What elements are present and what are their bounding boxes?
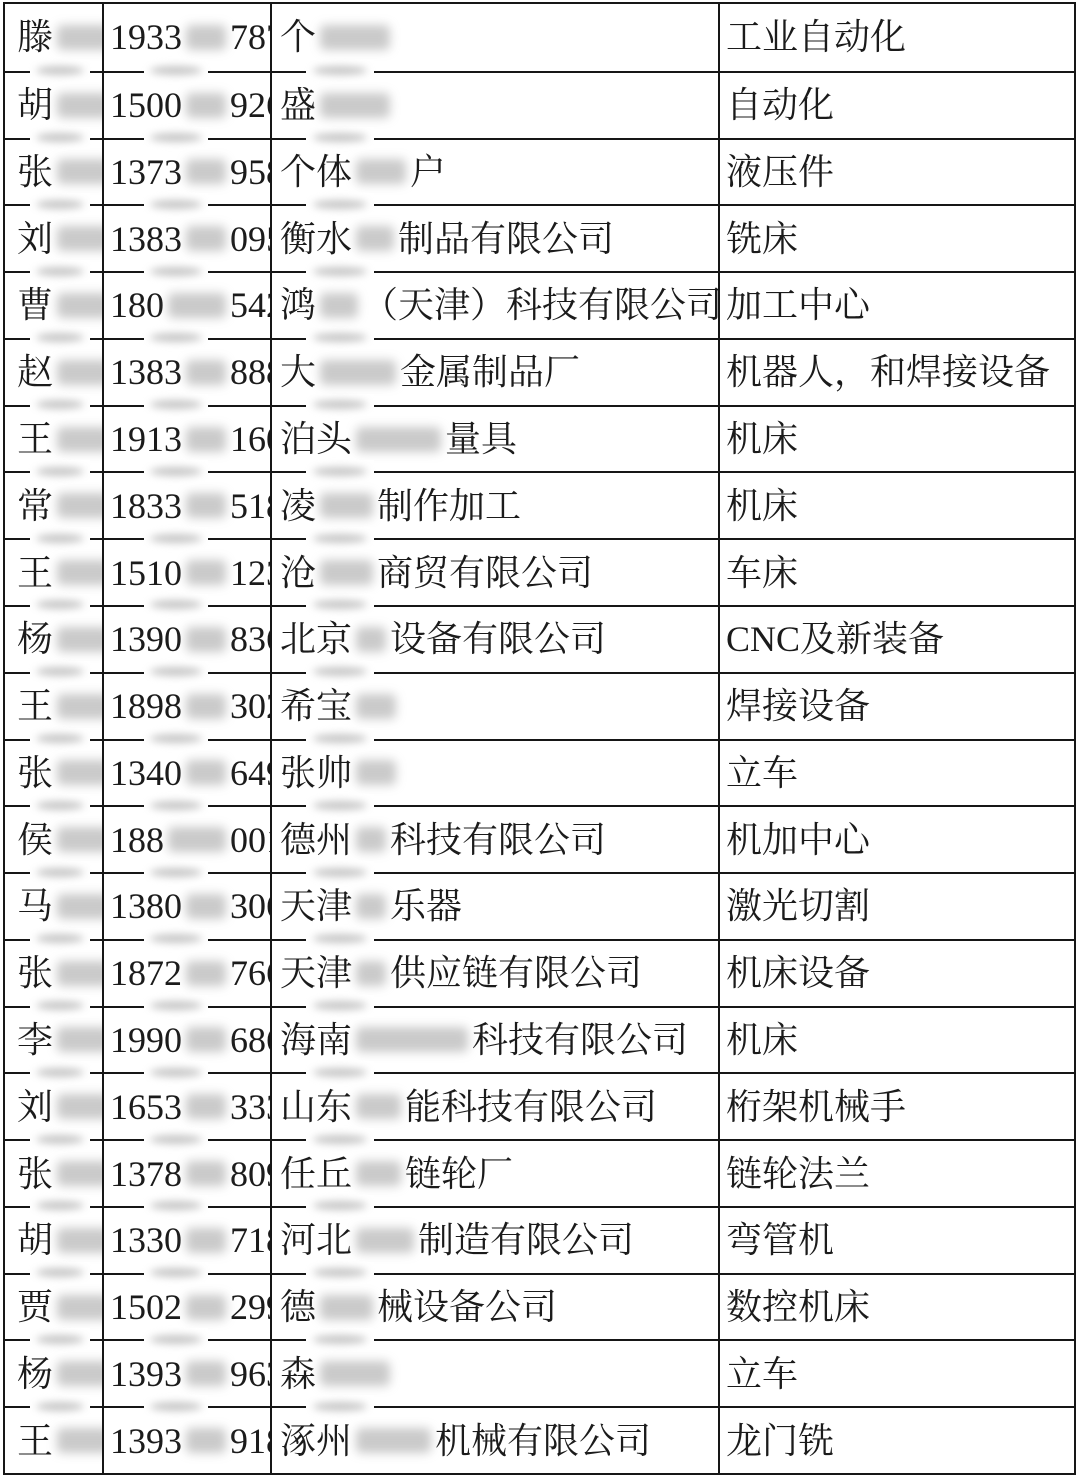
smudge-blob xyxy=(313,1335,367,1344)
phone-suffix-text: 809 xyxy=(230,1156,270,1192)
smudge-blob xyxy=(313,934,367,943)
company-suffix-text: 制品有限公司 xyxy=(398,221,614,257)
redacted-blur xyxy=(57,25,102,50)
company-prefix-text: 凌 xyxy=(280,488,316,524)
smudge-blob xyxy=(313,1068,367,1077)
blur-smudge xyxy=(144,594,208,616)
redacted-blur xyxy=(168,293,226,318)
redacted-blur xyxy=(57,827,102,852)
phone-prefix-text: 1393 xyxy=(110,1423,182,1459)
smudge-blob xyxy=(36,1201,84,1210)
phone-cell: 1393918 xyxy=(102,1408,270,1473)
category-cell: 龙门铣 xyxy=(718,1408,1074,1473)
category-text: 机床 xyxy=(726,421,798,457)
contact-name-text: 李 xyxy=(17,1022,53,1058)
redacted-blur xyxy=(57,1428,102,1453)
category-cell: 加工中心 xyxy=(718,273,1074,338)
smudge-blob xyxy=(313,868,367,877)
phone-suffix-text: 302 xyxy=(230,688,270,724)
phone-suffix-text: 649 xyxy=(230,755,270,791)
redacted-blur xyxy=(57,1361,102,1386)
blur-smudge xyxy=(30,928,90,950)
smudge-blob xyxy=(150,1135,201,1144)
smudge-blob xyxy=(150,801,201,810)
blur-smudge xyxy=(306,1328,374,1350)
smudge-blob xyxy=(36,1268,84,1277)
contact-name-text: 王 xyxy=(17,555,53,591)
blur-smudge xyxy=(144,327,208,349)
category-text: 机器人，和焊接设备 xyxy=(726,354,1050,390)
smudge-blob xyxy=(36,133,84,142)
company-suffix-text: 制造有限公司 xyxy=(418,1222,634,1258)
smudge-blob xyxy=(36,1135,84,1144)
redacted-blur xyxy=(356,894,386,919)
phone-prefix-text: 1990 xyxy=(110,1022,182,1058)
contact-name-text: 马 xyxy=(17,888,53,924)
smudge-blob xyxy=(36,667,84,676)
blur-smudge xyxy=(144,728,208,750)
blur-smudge xyxy=(144,1128,208,1150)
redacted-blur xyxy=(57,93,102,118)
smudge-blob xyxy=(150,200,201,209)
blur-smudge xyxy=(306,728,374,750)
redacted-blur xyxy=(186,760,226,785)
smudge-blob xyxy=(313,400,367,409)
redacted-blur xyxy=(186,360,226,385)
redacted-blur xyxy=(57,894,102,919)
category-cell: 机床 xyxy=(718,1008,1074,1073)
redacted-blur xyxy=(320,1361,390,1386)
category-cell: 桁架机械手 xyxy=(718,1074,1074,1139)
smudge-blob xyxy=(150,267,201,276)
phone-suffix-text: 718 xyxy=(230,1222,270,1258)
blur-smudge xyxy=(306,928,374,950)
smudge-blob xyxy=(313,467,367,476)
redacted-blur xyxy=(57,1027,102,1052)
phone-suffix-text: 299 xyxy=(230,1289,270,1325)
category-text: 机床 xyxy=(726,1022,798,1058)
blur-smudge xyxy=(144,1195,208,1217)
redacted-blur xyxy=(320,93,390,118)
smudge-blob xyxy=(36,868,84,877)
redacted-blur xyxy=(320,293,358,318)
blur-smudge xyxy=(30,193,90,215)
phone-suffix-text: 160 xyxy=(230,421,270,457)
blur-smudge xyxy=(30,127,90,149)
redacted-blur xyxy=(57,427,102,452)
category-text: 加工中心 xyxy=(726,287,870,323)
smudge-blob xyxy=(150,467,201,476)
company-prefix-text: 河北 xyxy=(280,1222,352,1258)
category-cell: 车床 xyxy=(718,540,1074,605)
company-suffix-text: 量具 xyxy=(445,421,517,457)
category-cell: 自动化 xyxy=(718,73,1074,138)
blur-smudge xyxy=(144,460,208,482)
redacted-blur xyxy=(186,694,226,719)
blur-smudge xyxy=(306,460,374,482)
category-text: 弯管机 xyxy=(726,1222,834,1258)
blur-smudge xyxy=(306,661,374,683)
blur-smudge xyxy=(144,1395,208,1417)
blur-smudge xyxy=(306,1395,374,1417)
redacted-blur xyxy=(57,493,102,518)
company-suffix-text: 户 xyxy=(410,154,446,190)
category-text: 立车 xyxy=(726,1356,798,1392)
blur-smudge xyxy=(144,861,208,883)
company-suffix-text: 机械有限公司 xyxy=(435,1423,651,1459)
category-cell: 焊接设备 xyxy=(718,674,1074,739)
blur-smudge xyxy=(306,527,374,549)
blur-smudge xyxy=(144,193,208,215)
redacted-blur xyxy=(356,694,396,719)
company-suffix-text: 能科技有限公司 xyxy=(405,1089,657,1125)
redacted-blur xyxy=(186,427,226,452)
smudge-blob xyxy=(313,534,367,543)
phone-suffix-text: 963 xyxy=(230,1356,270,1392)
redacted-blur xyxy=(356,1161,401,1186)
company-prefix-text: 德 xyxy=(280,1289,316,1325)
redacted-blur xyxy=(186,1295,226,1320)
phone-prefix-text: 1383 xyxy=(110,221,182,257)
redacted-blur xyxy=(57,627,102,652)
blur-smudge xyxy=(306,394,374,416)
company-prefix-text: 德州 xyxy=(280,822,352,858)
phone-prefix-text: 1390 xyxy=(110,621,182,657)
contact-name-text: 张 xyxy=(17,955,53,991)
phone-suffix-text: 787 xyxy=(230,19,270,55)
smudge-blob xyxy=(36,333,84,342)
smudge-blob xyxy=(36,934,84,943)
phone-prefix-text: 1330 xyxy=(110,1222,182,1258)
contact-name-text: 赵 xyxy=(17,354,53,390)
contact-name-text: 刘 xyxy=(17,221,53,257)
category-cell: 机床 xyxy=(718,473,1074,538)
phone-prefix-text: 1833 xyxy=(110,488,182,524)
redacted-blur xyxy=(186,627,226,652)
redacted-blur xyxy=(57,961,102,986)
category-text: CNC及新装备 xyxy=(726,621,944,657)
contact-name-text: 胡 xyxy=(17,87,53,123)
blur-smudge xyxy=(30,728,90,750)
smudge-blob xyxy=(150,934,201,943)
smudge-blob xyxy=(313,1201,367,1210)
redacted-blur xyxy=(186,560,226,585)
company-suffix-text: 设备有限公司 xyxy=(390,621,606,657)
blur-smudge xyxy=(144,394,208,416)
blur-smudge xyxy=(306,193,374,215)
smudge-blob xyxy=(36,600,84,609)
phone-prefix-text: 1380 xyxy=(110,888,182,924)
company-prefix-text: 衡水 xyxy=(280,221,352,257)
contact-name-text: 杨 xyxy=(17,1356,53,1392)
redacted-blur xyxy=(57,1228,102,1253)
category-text: 立车 xyxy=(726,755,798,791)
company-prefix-text: 鸿 xyxy=(280,287,316,323)
smudge-blob xyxy=(36,1402,84,1411)
blur-smudge xyxy=(144,127,208,149)
category-text: 龙门铣 xyxy=(726,1423,834,1459)
phone-prefix-text: 1500 xyxy=(110,87,182,123)
blur-smudge xyxy=(30,1061,90,1083)
blur-smudge xyxy=(30,460,90,482)
smudge-blob xyxy=(150,667,201,676)
category-cell: 机加中心 xyxy=(718,807,1074,872)
company-prefix-text: 任丘 xyxy=(280,1156,352,1192)
redacted-blur xyxy=(356,1228,414,1253)
redacted-blur xyxy=(356,159,406,184)
category-text: 车床 xyxy=(726,555,798,591)
phone-suffix-text: 306 xyxy=(230,888,270,924)
contact-name-text: 曹 xyxy=(17,287,53,323)
smudge-blob xyxy=(150,534,201,543)
smudge-blob xyxy=(150,1068,201,1077)
phone-suffix-text: 766 xyxy=(230,955,270,991)
category-cell: 立车 xyxy=(718,741,1074,806)
smudge-blob xyxy=(36,801,84,810)
category-text: 焊接设备 xyxy=(726,688,870,724)
blur-smudge xyxy=(30,794,90,816)
blur-smudge xyxy=(144,1061,208,1083)
redacted-blur xyxy=(168,827,226,852)
phone-prefix-text: 1872 xyxy=(110,955,182,991)
company-prefix-text: 沧 xyxy=(280,555,316,591)
phone-prefix-text: 180 xyxy=(110,287,164,323)
phone-prefix-text: 1502 xyxy=(110,1289,182,1325)
category-text: 机床 xyxy=(726,488,798,524)
company-suffix-text: 科技有限公司 xyxy=(472,1022,688,1058)
redacted-blur xyxy=(186,1094,226,1119)
company-prefix-text: 盛 xyxy=(280,87,316,123)
company-prefix-text: 海南 xyxy=(280,1022,352,1058)
redacted-blur xyxy=(57,694,102,719)
smudge-blob xyxy=(36,734,84,743)
company-prefix-text: 张帅 xyxy=(280,755,352,791)
phone-suffix-text: 686 xyxy=(230,1022,270,1058)
category-text: 液压件 xyxy=(726,154,834,190)
phone-prefix-text: 1378 xyxy=(110,1156,182,1192)
company-prefix-text: 个体 xyxy=(280,154,352,190)
redacted-blur xyxy=(186,1361,226,1386)
smudge-blob xyxy=(150,868,201,877)
smudge-blob xyxy=(313,333,367,342)
smudge-blob xyxy=(313,1268,367,1277)
redacted-blur xyxy=(356,226,394,251)
company-prefix-text: 大 xyxy=(280,354,316,390)
company-prefix-text: 天津 xyxy=(280,955,352,991)
category-cell: 立车 xyxy=(718,1341,1074,1406)
redacted-blur xyxy=(320,493,373,518)
redacted-blur xyxy=(57,760,102,785)
smudge-blob xyxy=(150,734,201,743)
phone-suffix-text: 542 xyxy=(230,287,270,323)
redacted-blur xyxy=(356,1094,401,1119)
name-cell: 王 xyxy=(5,1408,102,1473)
category-cell: 弯管机 xyxy=(718,1208,1074,1273)
redacted-blur xyxy=(356,827,386,852)
smudge-blob xyxy=(150,66,201,75)
blur-smudge xyxy=(144,794,208,816)
contact-name-text: 王 xyxy=(17,421,53,457)
redacted-blur xyxy=(356,1428,431,1453)
company-suffix-text: 商贸有限公司 xyxy=(377,555,593,591)
redacted-blur xyxy=(57,293,102,318)
redacted-blur xyxy=(186,159,226,184)
smudge-blob xyxy=(150,133,201,142)
smudge-blob xyxy=(150,1402,201,1411)
phone-prefix-text: 1653 xyxy=(110,1089,182,1125)
category-text: 激光切割 xyxy=(726,888,870,924)
smudge-blob xyxy=(313,267,367,276)
blur-smudge xyxy=(30,1195,90,1217)
blur-smudge xyxy=(30,861,90,883)
blur-smudge xyxy=(30,1395,90,1417)
redacted-blur xyxy=(186,226,226,251)
company-suffix-text: 制作加工 xyxy=(377,488,521,524)
category-cell: 机器人，和焊接设备 xyxy=(718,340,1074,405)
phone-suffix-text: 001 xyxy=(230,822,270,858)
category-cell: 数控机床 xyxy=(718,1275,1074,1340)
blur-smudge xyxy=(144,260,208,282)
smudge-blob xyxy=(313,133,367,142)
company-suffix-text: 金属制品厂 xyxy=(400,354,580,390)
category-cell: 机床 xyxy=(718,407,1074,472)
company-prefix-text: 森 xyxy=(280,1356,316,1392)
category-text: 机床设备 xyxy=(726,955,870,991)
contact-name-text: 王 xyxy=(17,688,53,724)
category-cell: 机床设备 xyxy=(718,941,1074,1006)
company-suffix-text: 乐器 xyxy=(390,888,462,924)
phone-prefix-text: 188 xyxy=(110,822,164,858)
redacted-blur xyxy=(356,760,396,785)
redacted-blur xyxy=(57,159,102,184)
phone-suffix-text: 123 xyxy=(230,555,270,591)
redacted-blur xyxy=(186,1428,226,1453)
redacted-blur xyxy=(320,1295,373,1320)
redacted-blur xyxy=(320,25,390,50)
phone-suffix-text: 836 xyxy=(230,621,270,657)
category-text: 链轮法兰 xyxy=(726,1156,870,1192)
redacted-blur xyxy=(320,360,396,385)
company-prefix-text: 山东 xyxy=(280,1089,352,1125)
company-suffix-text: （天津）科技有限公司 xyxy=(362,287,718,323)
blur-smudge xyxy=(306,861,374,883)
smudge-blob xyxy=(36,66,84,75)
blur-smudge xyxy=(144,995,208,1017)
company-prefix-text: 泊头 xyxy=(280,421,352,457)
phone-prefix-text: 1510 xyxy=(110,555,182,591)
phone-suffix-text: 518 xyxy=(230,488,270,524)
redacted-blur xyxy=(57,1295,102,1320)
contact-name-text: 张 xyxy=(17,755,53,791)
blur-smudge xyxy=(30,60,90,82)
contact-name-text: 张 xyxy=(17,154,53,190)
phone-prefix-text: 1913 xyxy=(110,421,182,457)
smudge-blob xyxy=(36,1335,84,1344)
smudge-blob xyxy=(150,1201,201,1210)
phone-suffix-text: 333 xyxy=(230,1089,270,1125)
smudge-blob xyxy=(313,1001,367,1010)
smudge-blob xyxy=(313,66,367,75)
category-cell: 工业自动化 xyxy=(718,4,1074,71)
blur-smudge xyxy=(306,995,374,1017)
blur-smudge xyxy=(144,527,208,549)
blur-smudge xyxy=(306,327,374,349)
blur-smudge xyxy=(30,327,90,349)
redacted-blur xyxy=(57,226,102,251)
smudge-blob xyxy=(36,200,84,209)
blur-smudge xyxy=(144,1262,208,1284)
company-suffix-text: 械设备公司 xyxy=(377,1289,557,1325)
smudge-blob xyxy=(150,600,201,609)
category-text: 铣床 xyxy=(726,221,798,257)
redacted-blur xyxy=(186,894,226,919)
smudge-blob xyxy=(36,534,84,543)
phone-suffix-text: 888 xyxy=(230,354,270,390)
phone-prefix-text: 1393 xyxy=(110,1356,182,1392)
category-cell: 链轮法兰 xyxy=(718,1141,1074,1206)
company-prefix-text: 天津 xyxy=(280,888,352,924)
blur-smudge xyxy=(306,794,374,816)
smudge-blob xyxy=(150,333,201,342)
company-suffix-text: 科技有限公司 xyxy=(390,822,606,858)
category-cell: 液压件 xyxy=(718,140,1074,205)
redacted-blur xyxy=(57,1094,102,1119)
smudge-blob xyxy=(36,1068,84,1077)
blur-smudge xyxy=(306,1061,374,1083)
smudge-blob xyxy=(36,267,84,276)
blur-smudge xyxy=(144,1328,208,1350)
redacted-blur xyxy=(356,961,386,986)
category-text: 数控机床 xyxy=(726,1289,870,1325)
company-cell: 涿州机械有限公司 xyxy=(270,1408,718,1473)
blur-smudge xyxy=(30,527,90,549)
redacted-blur xyxy=(57,1161,102,1186)
smudge-blob xyxy=(36,400,84,409)
category-text: 自动化 xyxy=(726,87,834,123)
blur-smudge xyxy=(30,1262,90,1284)
blur-smudge xyxy=(144,661,208,683)
redacted-blur xyxy=(356,627,386,652)
blur-smudge xyxy=(306,594,374,616)
contact-name-text: 王 xyxy=(17,1423,53,1459)
blur-smudge xyxy=(144,60,208,82)
blur-smudge xyxy=(30,260,90,282)
smudge-blob xyxy=(36,1001,84,1010)
blur-smudge xyxy=(30,995,90,1017)
category-text: 工业自动化 xyxy=(726,19,906,55)
blur-smudge xyxy=(30,661,90,683)
redacted-blur xyxy=(186,961,226,986)
phone-prefix-text: 1383 xyxy=(110,354,182,390)
company-suffix-text: 链轮厂 xyxy=(405,1156,513,1192)
smudge-blob xyxy=(313,801,367,810)
phone-prefix-text: 1373 xyxy=(110,154,182,190)
smudge-blob xyxy=(313,734,367,743)
company-prefix-text: 个 xyxy=(280,19,316,55)
redacted-blur xyxy=(57,560,102,585)
blur-smudge xyxy=(30,394,90,416)
redacted-blur xyxy=(356,427,441,452)
redacted-blur xyxy=(320,560,373,585)
redacted-blur xyxy=(186,1228,226,1253)
contact-name-text: 滕 xyxy=(17,19,53,55)
category-cell: CNC及新装备 xyxy=(718,607,1074,672)
phone-suffix-text: 926 xyxy=(230,87,270,123)
redacted-blur xyxy=(57,360,102,385)
smudge-blob xyxy=(150,1268,201,1277)
contact-name-text: 刘 xyxy=(17,1089,53,1125)
contact-name-text: 侯 xyxy=(17,822,53,858)
